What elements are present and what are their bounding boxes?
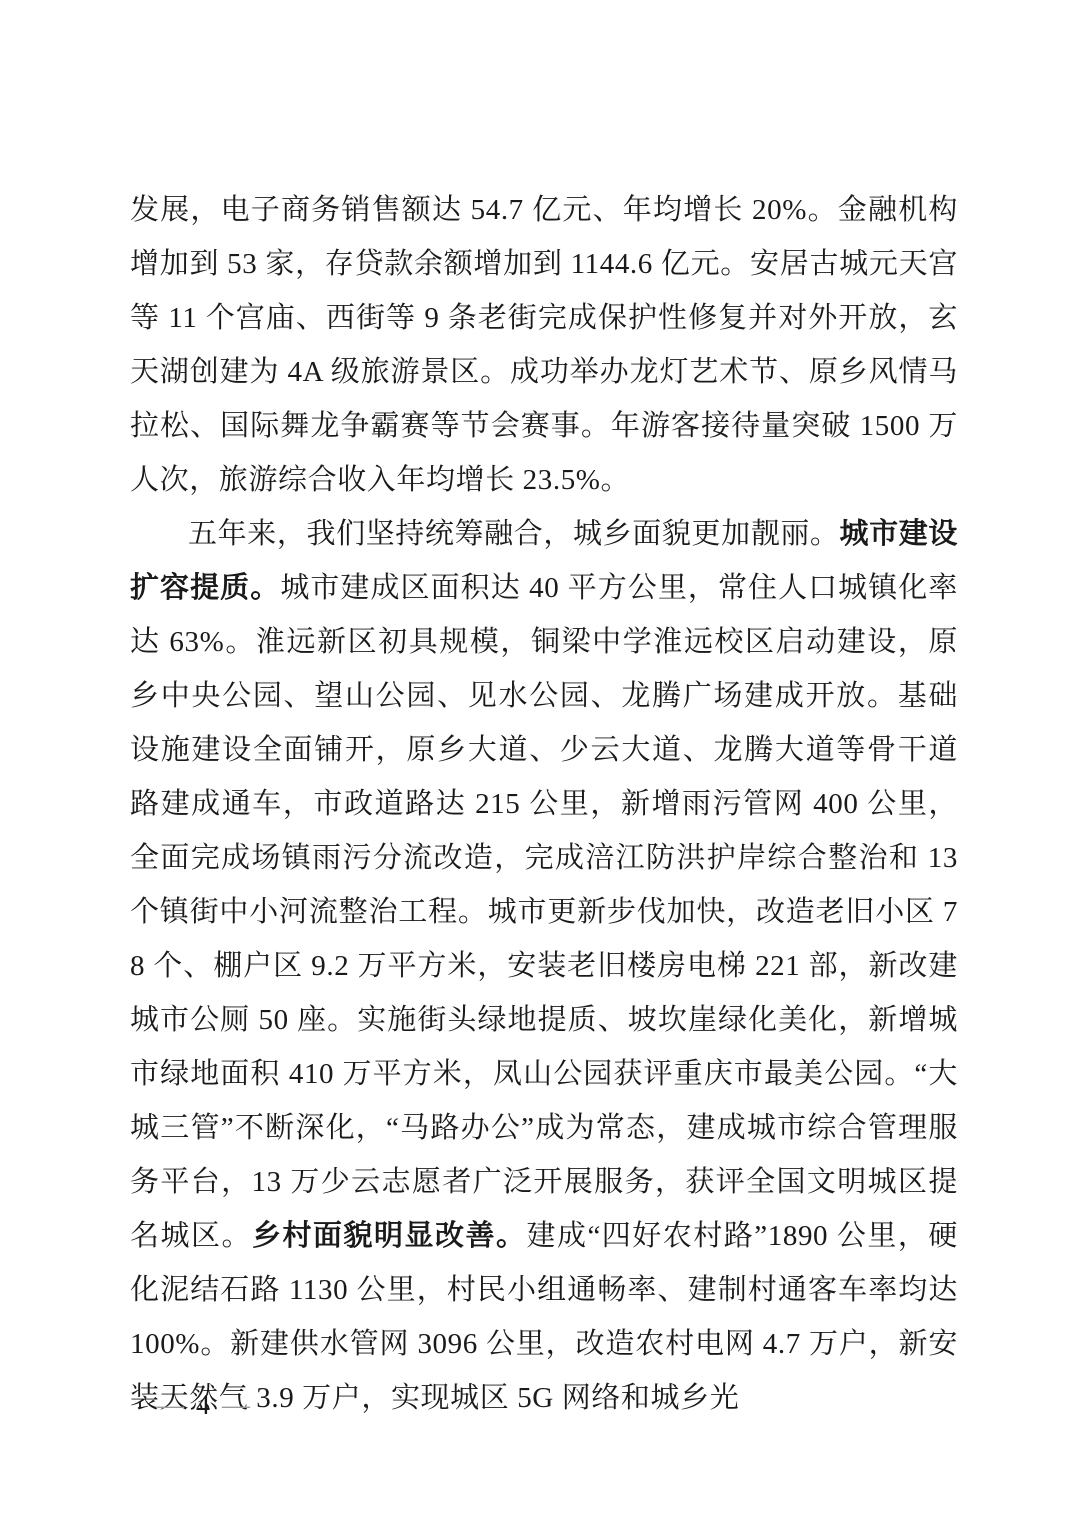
document-page: 发展，电子商务销售额达 54.7 亿元、年均增长 20%。金融机构增加到 53 … <box>0 0 1074 1520</box>
paragraph-continuation: 发展，电子商务销售额达 54.7 亿元、年均增长 20%。金融机构增加到 53 … <box>130 183 958 507</box>
footer-right-dash: — <box>222 1390 250 1421</box>
footer-left-dash: — <box>156 1390 184 1421</box>
page-number: 4 <box>196 1390 210 1421</box>
paragraph-lead-text: 五年来，我们坚持统筹融合，城乡面貌更加靓丽。 <box>188 518 840 550</box>
page-body: 发展，电子商务销售额达 54.7 亿元、年均增长 20%。金融机构增加到 53 … <box>130 183 958 1425</box>
paragraph-urban-rural: 五年来，我们坚持统筹融合，城乡面貌更加靓丽。城市建设扩容提质。城市建成区面积达 … <box>130 507 958 1425</box>
paragraph-text: 发展，电子商务销售额达 54.7 亿元、年均增长 20%。金融机构增加到 53 … <box>130 194 958 496</box>
page-footer: —4— <box>156 1390 250 1422</box>
paragraph-text: 城市建成区面积达 40 平方公里，常住人口城镇化率达 63%。淮远新区初具规模，… <box>130 572 958 1252</box>
section-heading-rural-improvement: 乡村面貌明显改善。 <box>252 1220 526 1252</box>
